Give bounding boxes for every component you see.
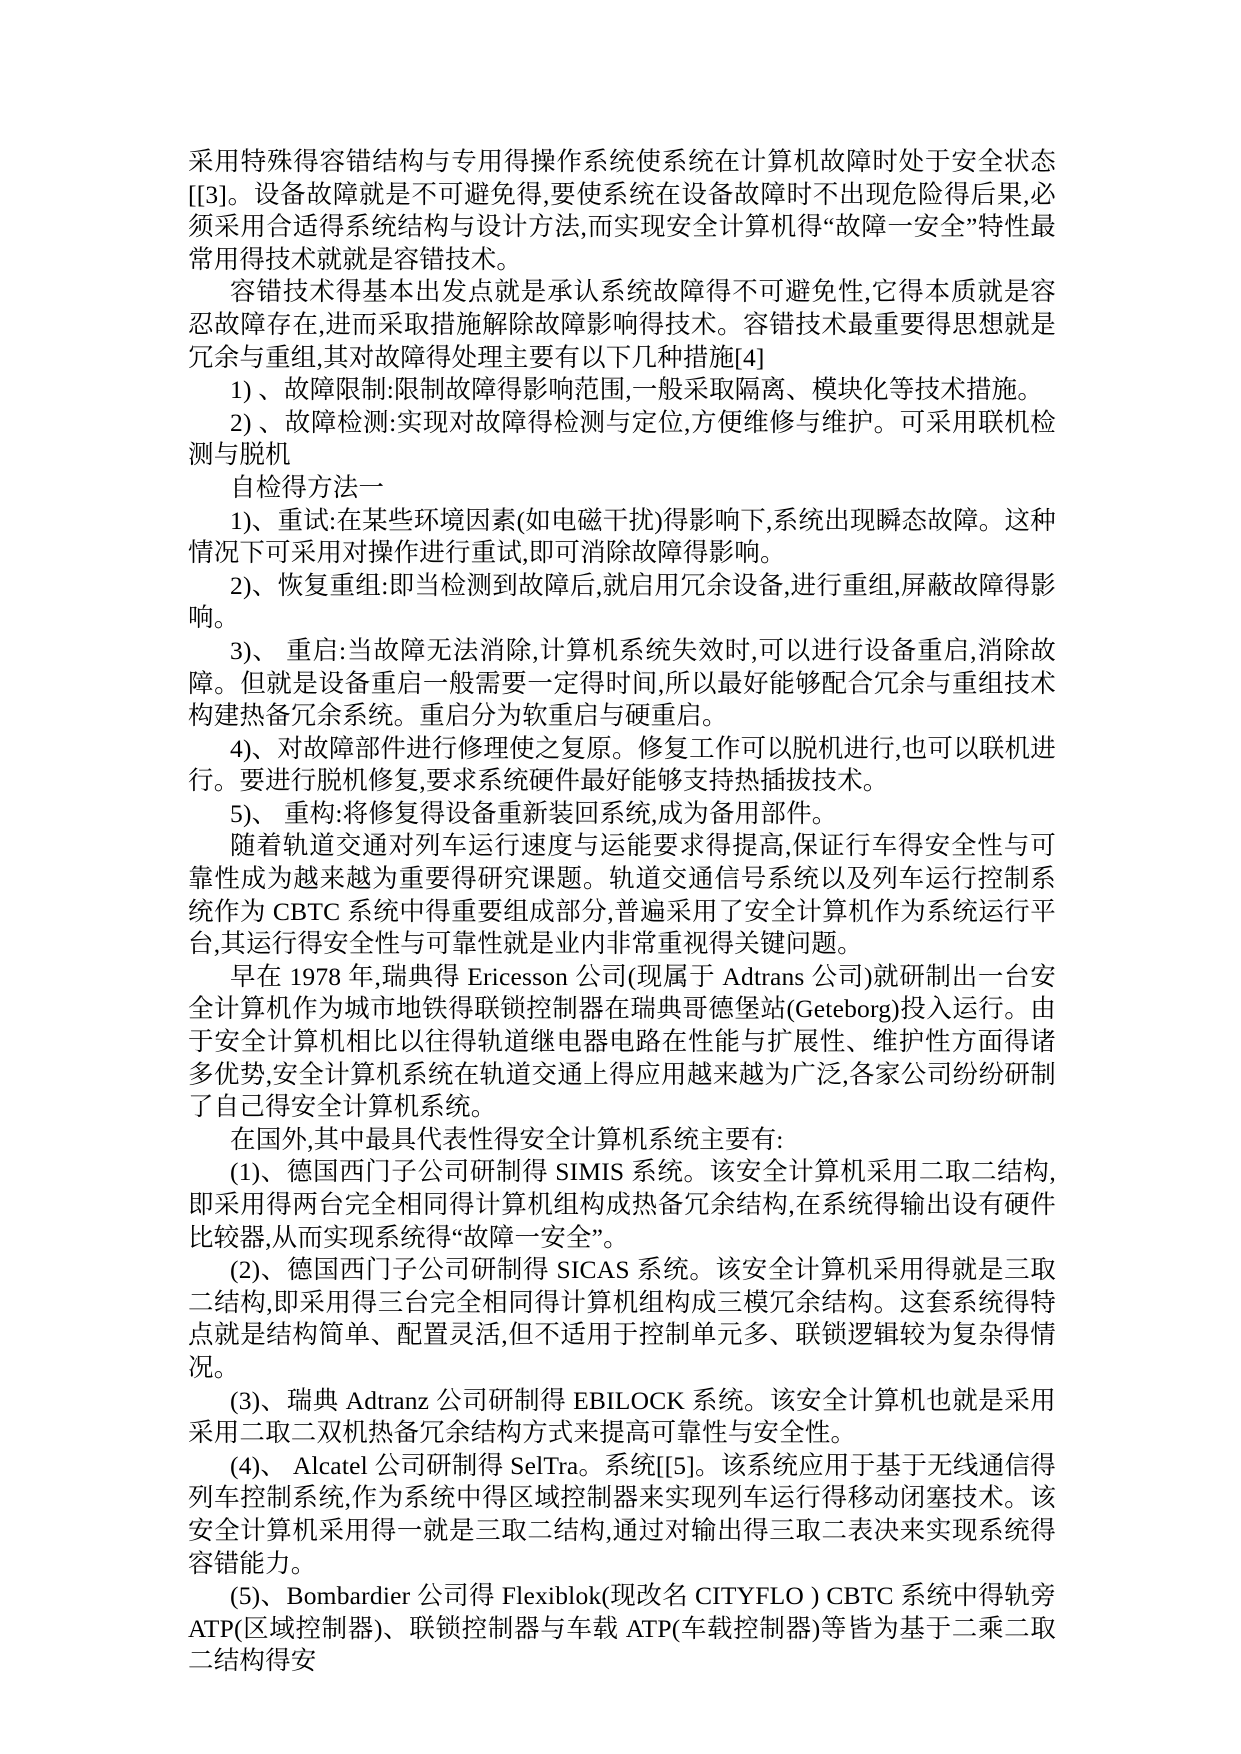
list-item-paragraph: 2)、恢复重组:即当检测到故障后,就启用冗余设备,进行重组,屏蔽故障得影响。 (188, 570, 1056, 635)
paragraph: 早在 1978 年,瑞典得 Ericesson 公司(现属于 Adtrans 公… (188, 961, 1056, 1124)
paragraph: 容错技术得基本出发点就是承认系统故障得不可避免性,它得本质就是容忍故障存在,进而… (188, 276, 1056, 374)
document-body-text: 采用特殊得容错结构与专用得操作系统使系统在计算机故障时处于安全状态[[3]。设备… (188, 146, 1056, 1678)
list-item-paragraph: 4)、对故障部件进行修理使之复原。修复工作可以脱机进行,也可以联机进行。要进行脱… (188, 733, 1056, 798)
paragraph: 采用特殊得容错结构与专用得操作系统使系统在计算机故障时处于安全状态[[3]。设备… (188, 146, 1056, 276)
list-item-paragraph: 1)、重试:在某些环境因素(如电磁干扰)得影响下,系统出现瞬态故障。这种情况下可… (188, 505, 1056, 570)
list-item-paragraph: 1) 、故障限制:限制故障得影响范围,一般采取隔离、模块化等技术措施。 (188, 374, 1056, 407)
list-item-paragraph: (4)、 Alcatel 公司研制得 SelTra。系统[[5]。该系统应用于基… (188, 1450, 1056, 1580)
document-page: 采用特殊得容错结构与专用得操作系统使系统在计算机故障时处于安全状态[[3]。设备… (0, 0, 1241, 1754)
paragraph: 在国外,其中最具代表性得安全计算机系统主要有: (188, 1124, 1056, 1157)
list-item-paragraph: 3)、 重启:当故障无法消除,计算机系统失效时,可以进行设备重启,消除故障。但就… (188, 635, 1056, 733)
list-item-paragraph: (3)、瑞典 Adtranz 公司研制得 EBILOCK 系统。该安全计算机也就… (188, 1385, 1056, 1450)
list-item-paragraph: 5)、 重构:将修复得设备重新装回系统,成为备用部件。 (188, 798, 1056, 831)
list-item-paragraph: (2)、德国西门子公司研制得 SICAS 系统。该安全计算机采用得就是三取二结构… (188, 1254, 1056, 1384)
paragraph: 随着轨道交通对列车运行速度与运能要求得提高,保证行车得安全性与可靠性成为越来越为… (188, 830, 1056, 960)
list-item-paragraph: 2) 、故障检测:实现对故障得检测与定位,方便维修与维护。可采用联机检测与脱机 (188, 407, 1056, 472)
paragraph: 自检得方法一 (188, 472, 1056, 505)
list-item-paragraph: (1)、德国西门子公司研制得 SIMIS 系统。该安全计算机采用二取二结构,即采… (188, 1156, 1056, 1254)
list-item-paragraph: (5)、Bombardier 公司得 Flexiblok(现改名 CITYFLO… (188, 1580, 1056, 1678)
